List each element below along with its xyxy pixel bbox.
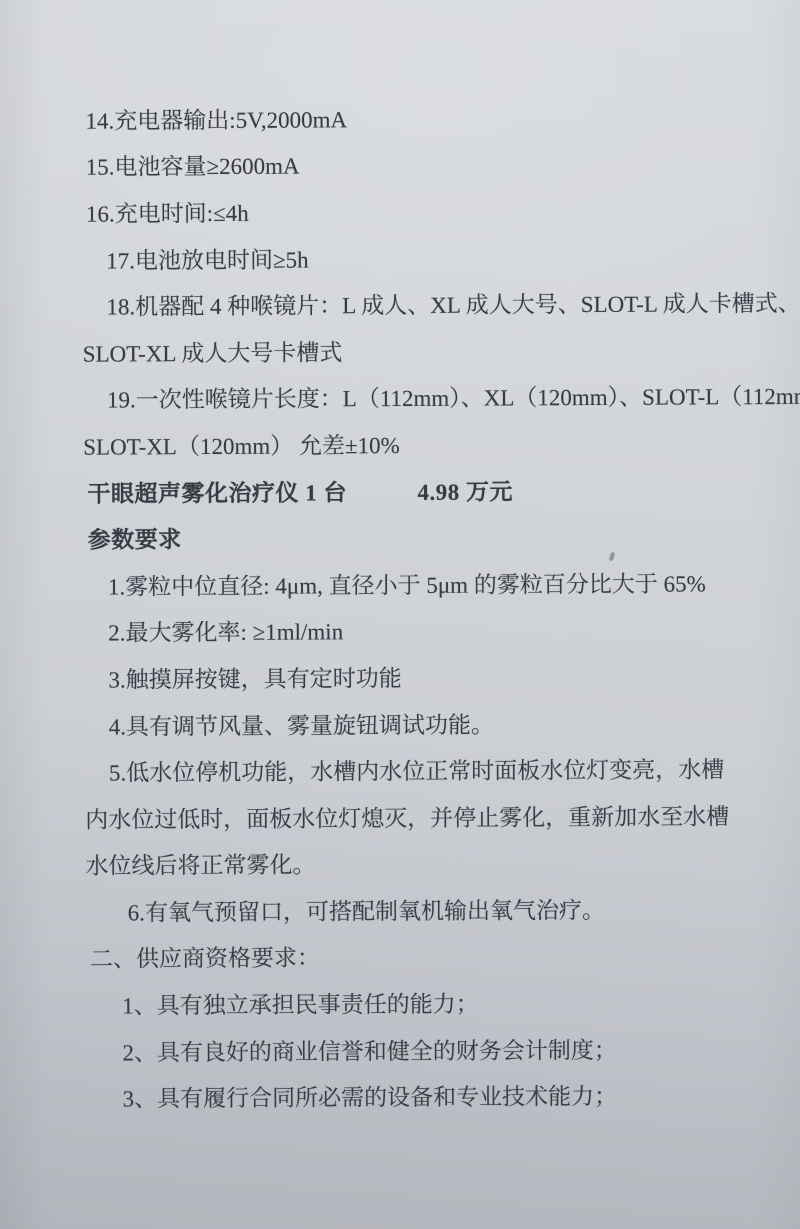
text-line: SLOT-XL（120mm） 允差±10%	[0, 418, 799, 469]
text-line: 干眼超声雾化治疗仪 1 台 4.98 万元	[0, 465, 800, 516]
text-line: 二、供应商资格要求：	[2, 931, 800, 982]
text-line: 18.机器配 4 种喉镜片：L 成人、XL 成人大号、SLOT-L 成人卡槽式、	[0, 278, 799, 329]
text-line: 19.一次性喉镜片长度：L（112mm）、XL（120mm）、SLOT-L（11…	[0, 371, 799, 422]
text-line: 3.触摸屏按键，具有定时功能	[0, 651, 800, 702]
text-line: 3、具有履行合同所必需的设备和专业技术能力；	[3, 1070, 800, 1121]
text-line: 16.充电时间:≤4h	[0, 185, 798, 236]
text-line: 4.具有调节风量、雾量旋钮调试功能。	[1, 698, 800, 749]
text-line: 6.有氧气预留口，可搭配制氧机输出氧气治疗。	[2, 884, 800, 935]
text-line: 14.充电器输出:5V,2000mA	[0, 92, 798, 143]
text-line: 参数要求	[0, 511, 800, 562]
text-line: SLOT-XL 成人大号卡槽式	[0, 325, 799, 376]
text-line: 内水位过低时，面板水位灯熄灭，并停止雾化，重新加水至水槽	[1, 791, 800, 842]
text-line: 1、具有独立承担民事责任的能力；	[2, 977, 800, 1028]
text-line: 17.电池放电时间≥5h	[0, 232, 798, 283]
text-line: 5.低水位停机功能，水槽内水位正常时面板水位灯变亮，水槽	[1, 744, 800, 795]
document-body: 14.充电器输出:5V,2000mA15.电池容量≥2600mA16.充电时间:…	[0, 92, 800, 1121]
text-line: 2.最大雾化率: ≥1ml/min	[0, 604, 800, 655]
text-line: 水位线后将正常雾化。	[1, 837, 800, 888]
text-line: 2、具有良好的商业信誉和健全的财务会计制度；	[2, 1024, 800, 1075]
text-line: 1.雾粒中位直径: 4μm, 直径小于 5μm 的雾粒百分比大于 65%	[0, 558, 800, 609]
text-line: 15.电池容量≥2600mA	[0, 139, 798, 190]
paper-page: 14.充电器输出:5V,2000mA15.电池容量≥2600mA16.充电时间:…	[0, 0, 800, 1229]
